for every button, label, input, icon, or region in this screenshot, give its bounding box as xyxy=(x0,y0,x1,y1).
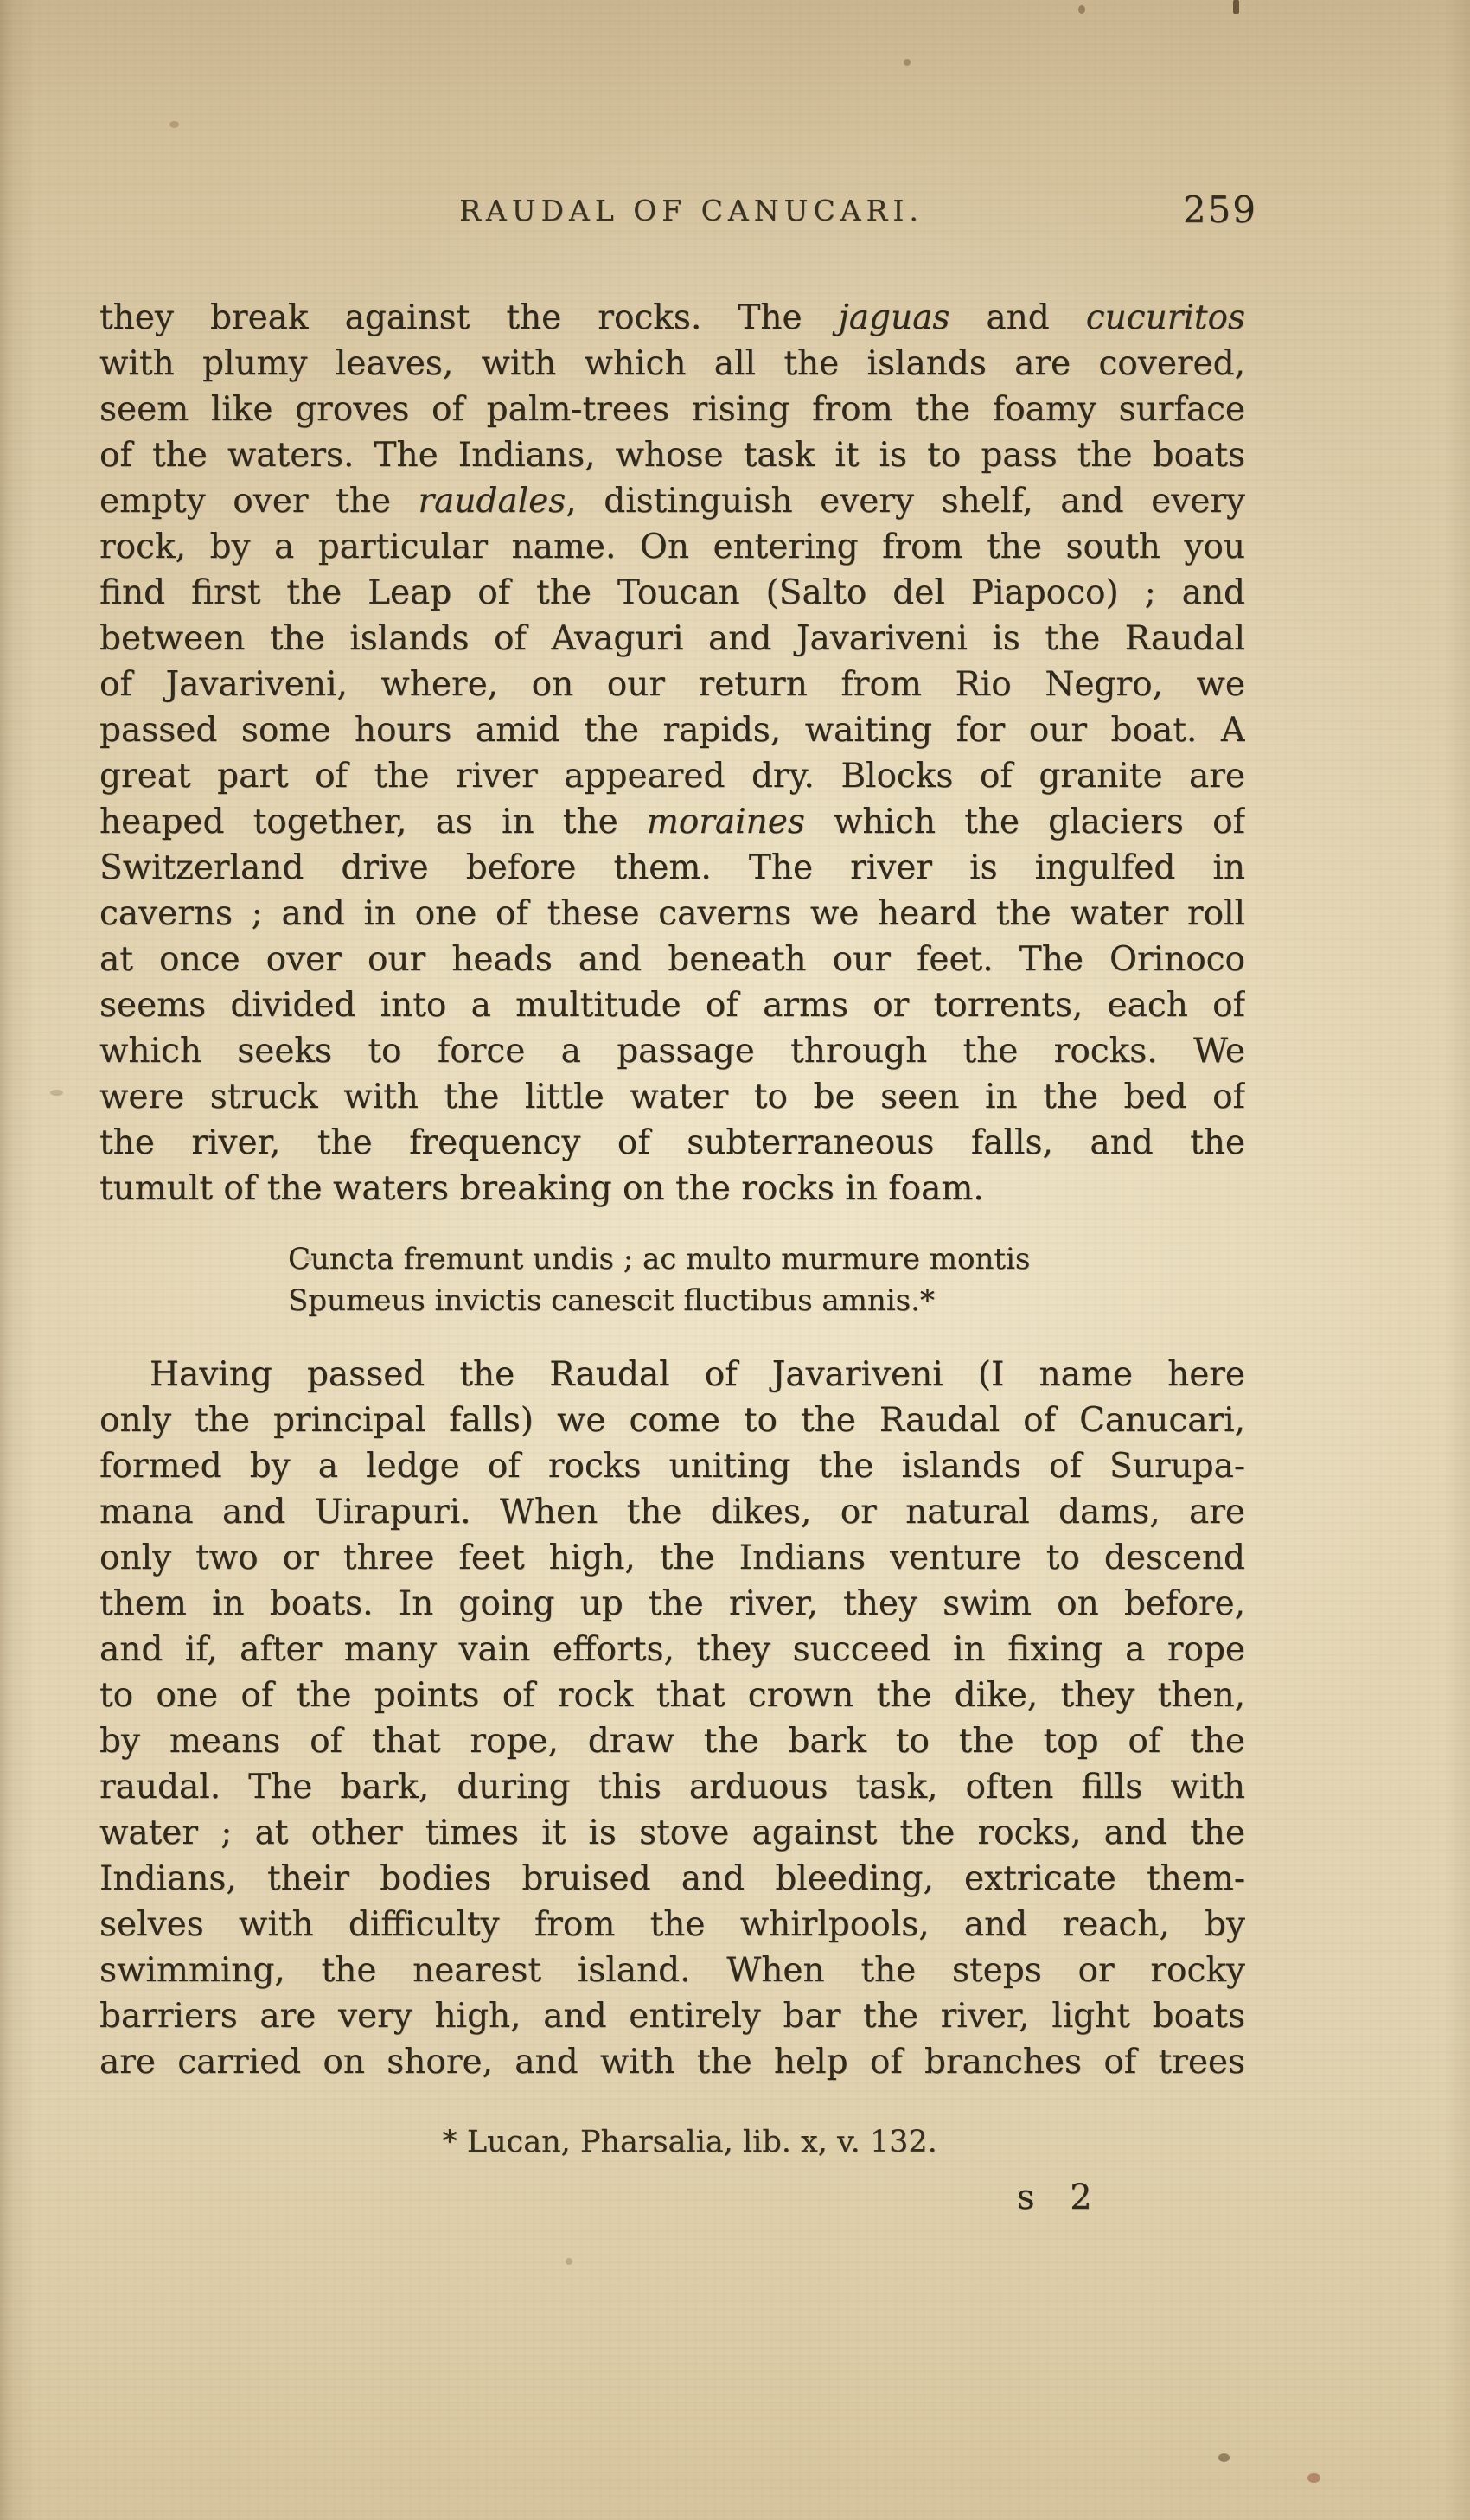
signature-mark: s 2 xyxy=(1017,2178,1104,2217)
footnote-text: * Lucan, Pharsalia, lib. x, v. 132. xyxy=(442,2125,937,2159)
scan-speck xyxy=(1218,2453,1230,2462)
text-line: of the waters. The Indians, whose task i… xyxy=(99,432,1245,478)
latin-verse-quote: Cuncta fremunt undis ; ac multo murmure … xyxy=(288,1238,1245,1321)
body-text-block: they break against the rocks. The jaguas… xyxy=(99,295,1245,2159)
text-line: they break against the rocks. The jaguas… xyxy=(99,295,1245,341)
scan-speck xyxy=(169,121,179,128)
page-number: 259 xyxy=(1183,189,1257,231)
text-line: the river, the frequency of subterraneou… xyxy=(99,1120,1245,1166)
running-head: RAUDAL OF CANUCARI. 259 xyxy=(99,194,1245,233)
text-line: rock, by a particular name. On entering … xyxy=(99,524,1245,570)
text-line: by means of that rope, draw the bark to … xyxy=(99,1718,1245,1764)
scan-speck xyxy=(1233,0,1239,14)
text-line: only the principal falls) we come to the… xyxy=(99,1398,1245,1443)
scan-speck xyxy=(50,1090,63,1096)
scan-speck xyxy=(1078,5,1085,14)
text-line: of Javariveni, where, on our return from… xyxy=(99,662,1245,707)
text-line: were struck with the little water to be … xyxy=(99,1074,1245,1120)
text-line: formed by a ledge of rocks uniting the i… xyxy=(99,1443,1245,1489)
scanned-book-page: RAUDAL OF CANUCARI. 259 they break again… xyxy=(0,0,1470,2520)
text-line: swimming, the nearest island. When the s… xyxy=(99,1948,1245,1993)
text-line: find first the Leap of the Toucan (Salto… xyxy=(99,570,1245,616)
text-line: passed some hours amid the rapids, waiti… xyxy=(99,707,1245,753)
text-line: tumult of the waters breaking on the roc… xyxy=(99,1166,1245,1212)
text-line: heaped together, as in the moraines whic… xyxy=(99,799,1245,845)
scan-speck xyxy=(566,2258,572,2265)
text-line: barriers are very high, and entirely bar… xyxy=(99,1993,1245,2039)
paragraph-1: they break against the rocks. The jaguas… xyxy=(99,295,1245,1212)
text-line: empty over the raudales, distinguish eve… xyxy=(99,478,1245,524)
text-line: between the islands of Avaguri and Javar… xyxy=(99,616,1245,662)
text-line: Switzerland drive before them. The river… xyxy=(99,845,1245,891)
text-line: with plumy leaves, with which all the is… xyxy=(99,341,1245,387)
text-line: seem like groves of palm-trees rising fr… xyxy=(99,387,1245,432)
running-head-title: RAUDAL OF CANUCARI. xyxy=(118,194,1264,227)
text-line: Spumeus invictis canescit fluctibus amni… xyxy=(288,1280,1245,1321)
text-line: Cuncta fremunt undis ; ac multo murmure … xyxy=(288,1238,1245,1280)
text-line: caverns ; and in one of these caverns we… xyxy=(99,891,1245,937)
footnote: * Lucan, Pharsalia, lib. x, v. 132. xyxy=(117,2125,1262,2159)
text-line: are carried on shore, and with the help … xyxy=(99,2039,1245,2085)
text-line: which seeks to force a passage through t… xyxy=(99,1028,1245,1074)
text-line: mana and Uirapuri. When the dikes, or na… xyxy=(99,1489,1245,1535)
text-line: them in boats. In going up the river, th… xyxy=(99,1581,1245,1627)
scan-speck xyxy=(904,59,911,66)
text-line: Having passed the Raudal of Javariveni (… xyxy=(99,1352,1245,1398)
text-line: and if, after many vain efforts, they su… xyxy=(99,1627,1245,1673)
text-line: Indians, their bodies bruised and bleedi… xyxy=(99,1856,1245,1902)
text-line: selves with difficulty from the whirlpoo… xyxy=(99,1902,1245,1948)
text-line: seems divided into a multitude of arms o… xyxy=(99,982,1245,1028)
text-line: great part of the river appeared dry. Bl… xyxy=(99,753,1245,799)
text-line: water ; at other times it is stove again… xyxy=(99,1810,1245,1856)
paragraph-2: Having passed the Raudal of Javariveni (… xyxy=(99,1352,1245,2085)
text-line: raudal. The bark, during this arduous ta… xyxy=(99,1764,1245,1810)
text-line: to one of the points of rock that crown … xyxy=(99,1673,1245,1718)
text-line: only two or three feet high, the Indians… xyxy=(99,1535,1245,1581)
scan-speck xyxy=(1307,2473,1320,2483)
text-line: at once over our heads and beneath our f… xyxy=(99,937,1245,982)
